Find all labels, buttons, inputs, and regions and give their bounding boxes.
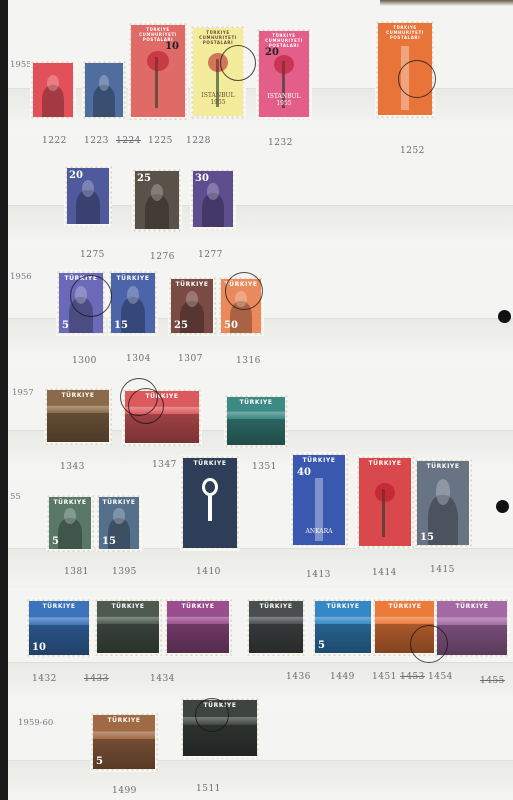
stamp-country: TÜRKIYE [111,275,155,282]
catalog-number: 1451 [372,672,397,682]
catalog-number: 1252 [400,146,425,156]
stamp-value: 10 [165,41,179,52]
stamp-country: TÜRKIYE [47,392,109,399]
stamp-face: TÜRKIYE [227,397,285,445]
stamp-face: TÜRKIYE [97,601,159,653]
postmark [195,698,229,732]
stamp-value: 5 [62,320,69,331]
catalog-number: 1453 [400,672,425,682]
catalog-number: 1277 [198,250,223,260]
stamp-value: 25 [174,320,188,331]
stamp[interactable]: TÜRKIYE5 [90,712,158,772]
stamp[interactable]: TÜRKIYE15 [414,458,472,548]
catalog-number: 1275 [80,250,105,260]
catalog-number: 1415 [430,565,455,575]
stamp-country: TÜRKIYE CUMHURIYETI POSTALARI [193,30,243,45]
stamp-city: ISTANBUL 1955 [193,92,243,106]
stamp-country: TÜRKIYE [293,457,345,464]
stamp[interactable]: TÜRKIYE5 [46,494,94,552]
stamp-face: 30 [193,171,233,227]
stamp-value: 15 [114,320,128,331]
stamp-face: TÜRKIYE40ANKARA [293,455,345,545]
catalog-number: 1347 [152,460,177,470]
catalog-number: 1276 [150,252,175,262]
stamp-country: TÜRKIYE [249,603,303,610]
stamp-face [85,63,123,117]
stamp[interactable]: TÜRKIYE [164,598,232,656]
stamp-country: TÜRKIYE [417,463,469,470]
stamp-country: TÜRKIYE [437,603,507,610]
catalog-number: 1232 [268,138,293,148]
stamp[interactable]: TÜRKIYE15 [108,270,158,336]
stamp[interactable]: TÜRKIYE [224,394,288,448]
stamp-country: TÜRKIYE [93,717,155,724]
postmark [128,388,164,424]
stamp-value: 5 [52,536,59,547]
stamp-face: TÜRKIYE10 [29,601,89,655]
stamp-value: 10 [32,642,46,653]
stamp-face: TÜRKIYE15 [99,497,139,549]
catalog-number: 1499 [112,786,137,796]
stamp-face: TÜRKIYE5 [93,715,155,769]
stamp[interactable] [30,60,76,120]
stamp-country: TÜRKIYE [167,603,229,610]
stamp-country: TÜRKIYE CUMHURIYETI POSTALARI [378,25,432,40]
year-label: 1956 [10,272,32,282]
stamp-face: 25 [135,171,179,229]
stamp-country: TÜRKIYE [171,281,213,288]
stamp-value: 20 [69,170,83,181]
stamp-value: 5 [318,640,325,651]
stamp-country: TÜRKIYE CUMHURIYETI POSTALARI [259,33,309,48]
stamp[interactable]: TÜRKIYE5 [312,598,374,656]
stamp[interactable]: 20 [64,165,112,227]
stamp-country: TÜRKIYE [375,603,435,610]
stamp[interactable]: TÜRKIYE [94,598,162,656]
catalog-number: 1351 [252,462,277,472]
stamp-face: TÜRKIYE CUMHURIYETI POSTALARI10 [131,25,185,117]
year-label: 1959-60 [18,718,53,728]
catalog-number: 1410 [196,567,221,577]
catalog-number: 1224 [116,136,141,146]
catalog-number: 1395 [112,567,137,577]
catalog-number: 1343 [60,462,85,472]
stamp-city: ISTANBUL 1955 [259,93,309,107]
catalog-number: 1300 [72,356,97,366]
stamp-country: TÜRKIYE [183,460,237,467]
stamp[interactable]: TÜRKIYE [246,598,306,656]
stamp-face: TÜRKIYE CUMHURIYETI POSTALARI20ISTANBUL … [259,31,309,117]
stamp[interactable]: TÜRKIYE [180,455,240,551]
stamp[interactable] [82,60,126,120]
binder-hole [498,310,511,323]
stamp[interactable]: TÜRKIYE40ANKARA [290,452,348,548]
stamp[interactable]: 30 [190,168,236,230]
postmark [225,272,263,310]
stamp-country: TÜRKIYE [49,499,91,506]
stamp-country: TÜRKIYE [227,399,285,406]
stamp-country: TÜRKIYE [29,603,89,610]
stamp-value: 40 [297,467,311,478]
stamp-value: 25 [137,173,151,184]
stamp[interactable]: TÜRKIYE25 [168,276,216,336]
stamp-country: TÜRKIYE [359,460,411,467]
stamp-face: TÜRKIYE [359,458,411,546]
postmark [220,45,256,81]
stamp[interactable]: TÜRKIYE [44,387,112,445]
catalog-number: 1222 [42,136,67,146]
binder-hole [496,500,509,513]
catalog-number: 1449 [330,672,355,682]
stamp-face [33,63,73,117]
stamp-city: ANKARA [293,528,345,535]
stamp-face: TÜRKIYE [183,458,237,548]
stamp-face: TÜRKIYE [249,601,303,653]
stamp-face: TÜRKIYE15 [111,273,155,333]
stamp-country: TÜRKIYE [99,499,139,506]
stamp-face: TÜRKIYE25 [171,279,213,333]
stamp[interactable]: TÜRKIYE CUMHURIYETI POSTALARI10 [128,22,188,120]
top-shadow [380,0,513,6]
postmark [70,275,112,317]
catalog-number: 1511 [196,784,221,794]
stamp-face: TÜRKIYE [47,390,109,442]
stamp[interactable]: 25 [132,168,182,232]
catalog-number: 1228 [186,136,211,146]
catalog-number: 1381 [64,567,89,577]
catalog-number: 1307 [178,354,203,364]
catalog-number: 1454 [428,672,453,682]
stamp-country: TÜRKIYE CUMHURIYETI POSTALARI [131,27,185,42]
stamp-value: 30 [195,173,209,184]
year-label: 1957 [12,388,34,398]
year-label: 55 [10,492,21,502]
stamp-value: 20 [265,47,279,58]
catalog-number: 1434 [150,674,175,684]
stamp[interactable]: TÜRKIYE10 [26,598,92,658]
stamp-face: 20 [67,168,109,224]
stamp-face: TÜRKIYE5 [49,497,91,549]
stamp-value: 5 [96,756,103,767]
catalog-number: 1223 [84,136,109,146]
stamp-face: TÜRKIYE15 [417,461,469,545]
stamp-value: 15 [420,532,434,543]
stamp-face: TÜRKIYE5 [315,601,371,653]
stamp-face: TÜRKIYE [167,601,229,653]
catalog-number: 1436 [286,672,311,682]
catalog-number: 1432 [32,674,57,684]
catalog-number: 1414 [372,568,397,578]
catalog-number: 1225 [148,136,173,146]
postmark [410,625,448,663]
catalog-number: 1455 [480,676,505,686]
postmark [398,60,436,98]
year-label: 1955 [10,60,32,70]
stamp[interactable]: TÜRKIYE [356,455,414,549]
stamp[interactable]: TÜRKIYE CUMHURIYETI POSTALARI20ISTANBUL … [256,28,312,120]
catalog-number: 1433 [84,674,109,684]
catalog-number: 1413 [306,570,331,580]
catalog-number: 1316 [236,356,261,366]
stamp[interactable]: TÜRKIYE15 [96,494,142,552]
catalog-number: 1304 [126,354,151,364]
stamp-country: TÜRKIYE [97,603,159,610]
stamp-country: TÜRKIYE [315,603,371,610]
album-strip [8,760,513,800]
stamp-value: 50 [224,320,238,331]
page-edge [0,0,8,800]
stamp-value: 15 [102,536,116,547]
